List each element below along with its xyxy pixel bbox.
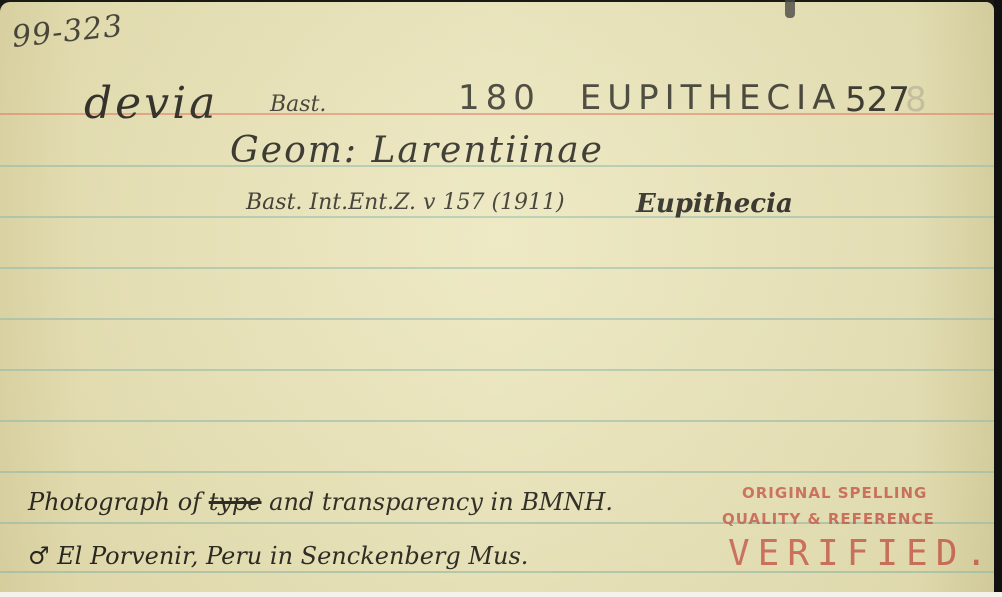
species-name: devia: [84, 78, 218, 129]
stamp-line-2: QUALITY & REFERENCE: [722, 510, 935, 528]
ruled-line: [0, 420, 994, 422]
original-genus: Eupithecia: [636, 189, 793, 219]
clip-mark: [785, 0, 795, 18]
family-subfamily: Geom: Larentiinae: [230, 130, 604, 171]
note-line-2: ♂ El Porvenir, Peru in Senckenberg Mus.: [28, 542, 528, 570]
scan-edge: [994, 0, 1002, 597]
ruled-line: [0, 267, 994, 269]
note-prefix: Photograph of: [28, 488, 201, 516]
page-number: 527: [845, 80, 910, 120]
genus-name: EUPITHECIA: [580, 78, 842, 118]
ruled-line: [0, 471, 994, 473]
ruled-line: [0, 318, 994, 320]
ruled-line: [0, 216, 994, 218]
genus-number: 180: [458, 78, 541, 118]
note-line-1: Photograph of type and transparency in B…: [28, 488, 613, 516]
page-number-faint-suffix: 8: [905, 80, 927, 120]
stamp-line-1: ORIGINAL SPELLING: [742, 484, 927, 502]
scan-bottom-edge: [0, 592, 1002, 597]
accession-number: 99-323: [10, 9, 125, 55]
genus-heading: 180 EUPITHECIA: [458, 78, 841, 118]
stamp-verified: VERIFIED.: [728, 533, 994, 574]
author-abbrev: Bast.: [270, 92, 326, 117]
publication-reference: Bast. Int.Ent.Z. v 157 (1911): [246, 190, 565, 215]
index-card: 99-323 devia Bast. 180 EUPITHECIA 527 8 …: [0, 2, 994, 592]
note-struck-word: type: [209, 488, 262, 516]
ruled-line: [0, 369, 994, 371]
note-suffix: and transparency in BMNH.: [269, 488, 613, 516]
